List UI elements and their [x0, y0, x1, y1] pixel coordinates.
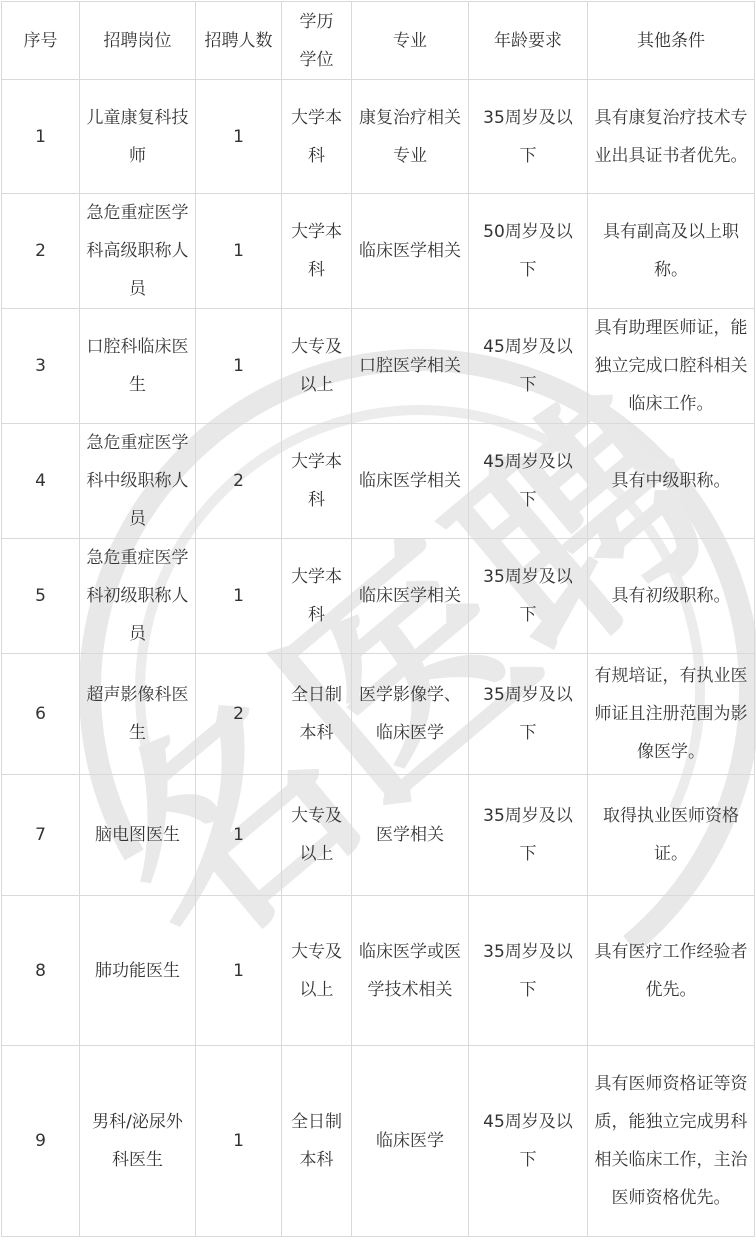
cell-position: 急危重症医学科高级职称人员 [80, 194, 196, 309]
cell-major: 临床医学 [352, 1046, 469, 1237]
header-other: 其他条件 [588, 2, 755, 80]
header-position: 招聘岗位 [80, 2, 196, 80]
recruitment-table-container: 序号 招聘岗位 招聘人数 学历学位 专业 年龄要求 其他条件 1 儿童康复科技师… [1, 1, 754, 1237]
cell-position: 口腔科临床医生 [80, 309, 196, 424]
cell-age: 45周岁及以下 [469, 424, 588, 539]
cell-other: 有规培证，有执业医师证且注册范围为影像医学。 [588, 654, 755, 775]
cell-no: 3 [2, 309, 80, 424]
cell-education: 大学本科 [282, 539, 352, 654]
cell-count: 1 [196, 80, 282, 194]
cell-major: 临床医学相关 [352, 194, 469, 309]
table-row: 9 男科/泌尿外科医生 1 全日制本科 临床医学 45周岁及以下 具有医师资格证… [2, 1046, 755, 1237]
table-row: 7 脑电图医生 1 大专及以上 医学相关 35周岁及以下 取得执业医师资格证。 [2, 775, 755, 896]
cell-age: 35周岁及以下 [469, 775, 588, 896]
cell-major: 医学相关 [352, 775, 469, 896]
cell-position: 脑电图医生 [80, 775, 196, 896]
cell-other: 具有康复治疗技术专业出具证书者优先。 [588, 80, 755, 194]
recruitment-table: 序号 招聘岗位 招聘人数 学历学位 专业 年龄要求 其他条件 1 儿童康复科技师… [1, 1, 755, 1237]
cell-count: 1 [196, 194, 282, 309]
table-row: 6 超声影像科医生 2 全日制本科 医学影像学、临床医学 35周岁及以下 有规培… [2, 654, 755, 775]
cell-position: 男科/泌尿外科医生 [80, 1046, 196, 1237]
cell-education: 大学本科 [282, 194, 352, 309]
cell-other: 具有助理医师证，能独立完成口腔科相关临床工作。 [588, 309, 755, 424]
cell-age: 45周岁及以下 [469, 309, 588, 424]
cell-count: 1 [196, 309, 282, 424]
cell-other: 具有初级职称。 [588, 539, 755, 654]
cell-education: 全日制本科 [282, 1046, 352, 1237]
cell-other: 具有医师资格证等资质，能独立完成男科相关临床工作，主治医师资格优先。 [588, 1046, 755, 1237]
cell-no: 8 [2, 896, 80, 1046]
cell-major: 医学影像学、临床医学 [352, 654, 469, 775]
cell-position: 儿童康复科技师 [80, 80, 196, 194]
cell-age: 35周岁及以下 [469, 80, 588, 194]
header-row: 序号 招聘岗位 招聘人数 学历学位 专业 年龄要求 其他条件 [2, 2, 755, 80]
cell-no: 6 [2, 654, 80, 775]
cell-age: 45周岁及以下 [469, 1046, 588, 1237]
cell-count: 1 [196, 539, 282, 654]
cell-position: 急危重症医学科中级职称人员 [80, 424, 196, 539]
cell-other: 具有中级职称。 [588, 424, 755, 539]
cell-age: 35周岁及以下 [469, 654, 588, 775]
cell-education: 全日制本科 [282, 654, 352, 775]
cell-no: 7 [2, 775, 80, 896]
cell-major: 临床医学相关 [352, 424, 469, 539]
header-age: 年龄要求 [469, 2, 588, 80]
cell-count: 2 [196, 654, 282, 775]
cell-other: 具有副高及以上职称。 [588, 194, 755, 309]
header-count: 招聘人数 [196, 2, 282, 80]
cell-education: 大学本科 [282, 80, 352, 194]
cell-no: 5 [2, 539, 80, 654]
table-row: 3 口腔科临床医生 1 大专及以上 口腔医学相关 45周岁及以下 具有助理医师证… [2, 309, 755, 424]
cell-count: 1 [196, 1046, 282, 1237]
cell-no: 9 [2, 1046, 80, 1237]
table-row: 5 急危重症医学科初级职称人员 1 大学本科 临床医学相关 35周岁及以下 具有… [2, 539, 755, 654]
cell-age: 50周岁及以下 [469, 194, 588, 309]
cell-count: 1 [196, 896, 282, 1046]
cell-education: 大专及以上 [282, 309, 352, 424]
cell-age: 35周岁及以下 [469, 539, 588, 654]
cell-education: 大专及以上 [282, 896, 352, 1046]
cell-count: 1 [196, 775, 282, 896]
cell-education: 大专及以上 [282, 775, 352, 896]
cell-position: 急危重症医学科初级职称人员 [80, 539, 196, 654]
cell-major: 临床医学或医学技术相关 [352, 896, 469, 1046]
cell-no: 1 [2, 80, 80, 194]
cell-count: 2 [196, 424, 282, 539]
cell-education: 大学本科 [282, 424, 352, 539]
table-row: 2 急危重症医学科高级职称人员 1 大学本科 临床医学相关 50周岁及以下 具有… [2, 194, 755, 309]
header-no: 序号 [2, 2, 80, 80]
cell-position: 超声影像科医生 [80, 654, 196, 775]
cell-no: 4 [2, 424, 80, 539]
table-row: 4 急危重症医学科中级职称人员 2 大学本科 临床医学相关 45周岁及以下 具有… [2, 424, 755, 539]
cell-major: 口腔医学相关 [352, 309, 469, 424]
cell-position: 肺功能医生 [80, 896, 196, 1046]
header-major: 专业 [352, 2, 469, 80]
cell-age: 35周岁及以下 [469, 896, 588, 1046]
table-row: 8 肺功能医生 1 大专及以上 临床医学或医学技术相关 35周岁及以下 具有医疗… [2, 896, 755, 1046]
table-row: 1 儿童康复科技师 1 大学本科 康复治疗相关专业 35周岁及以下 具有康复治疗… [2, 80, 755, 194]
cell-other: 取得执业医师资格证。 [588, 775, 755, 896]
cell-no: 2 [2, 194, 80, 309]
cell-major: 康复治疗相关专业 [352, 80, 469, 194]
cell-major: 临床医学相关 [352, 539, 469, 654]
header-education: 学历学位 [282, 2, 352, 80]
cell-other: 具有医疗工作经验者优先。 [588, 896, 755, 1046]
